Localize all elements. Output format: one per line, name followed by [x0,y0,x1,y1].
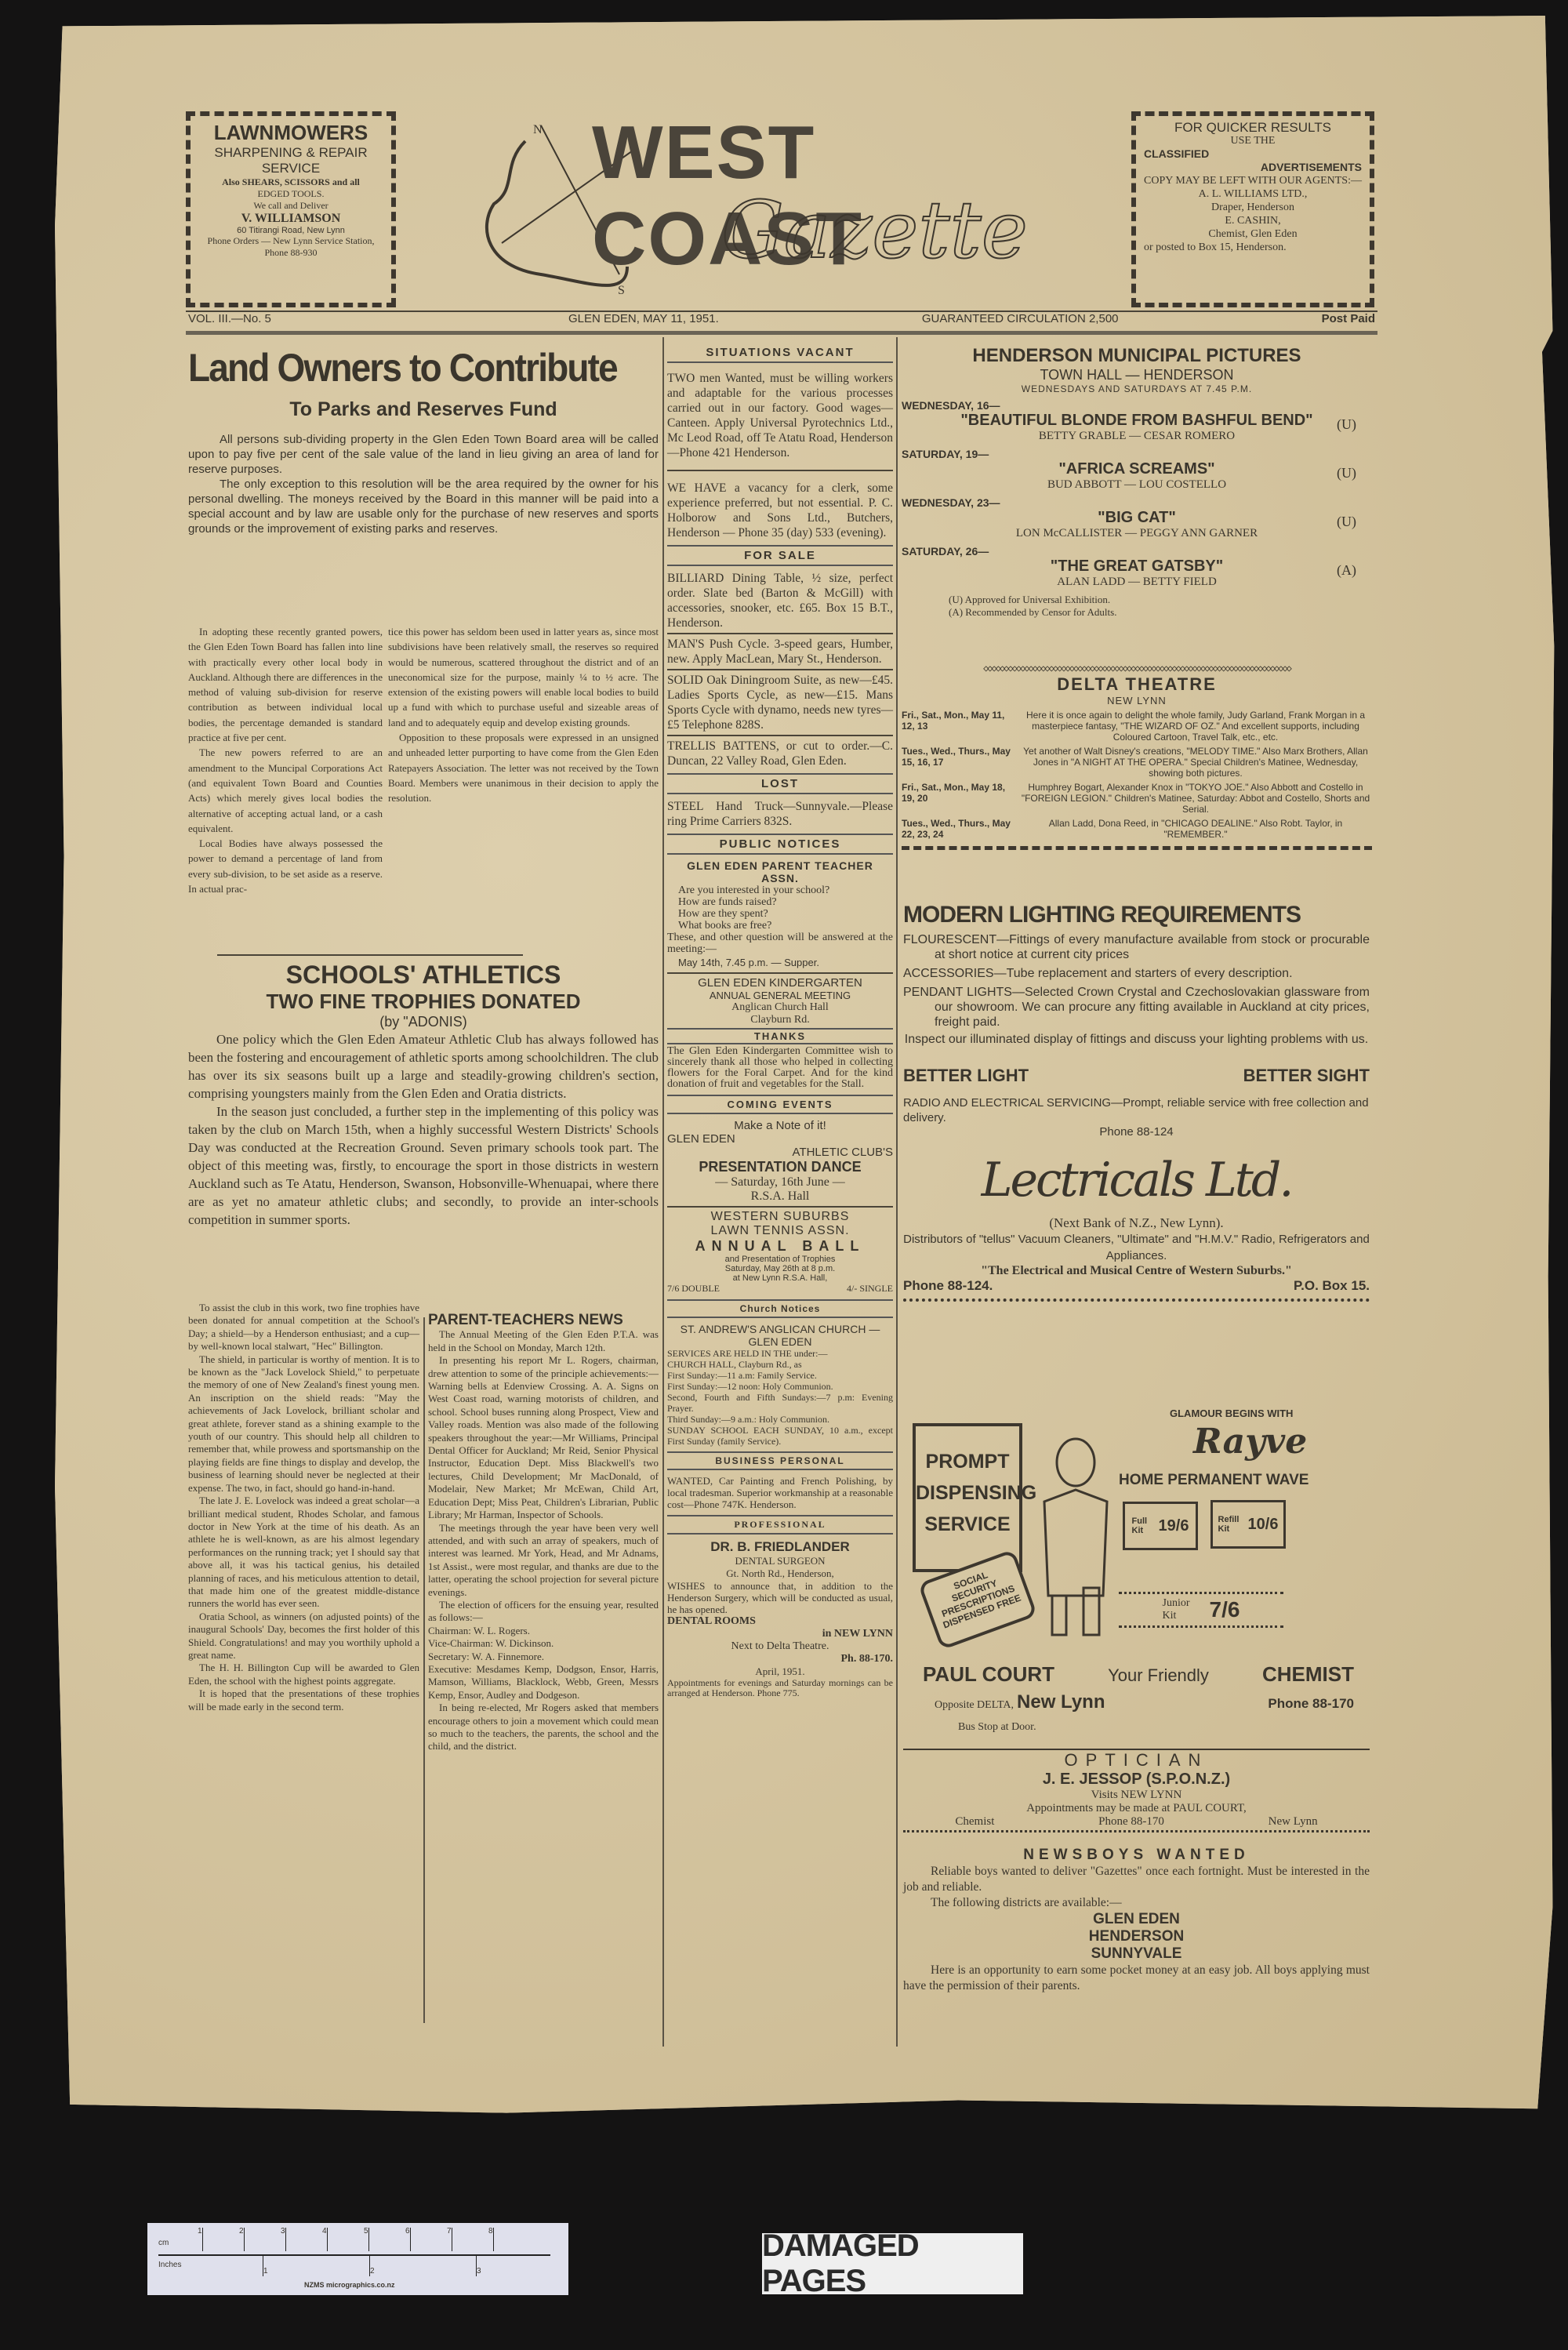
damaged-pages-label: DAMAGED PAGES [762,2233,1023,2294]
column-rule [662,337,664,2047]
classified-ad: TRELLIS BATTENS, or cut to order.—C. Dun… [667,739,893,768]
classified-line: COPY MAY BE LEFT WITH OUR AGENTS:— [1144,174,1362,187]
lectricals-phone: Phone 88-124. [903,1278,993,1294]
full-kit-box: Full Kit 19/6 [1123,1502,1198,1550]
film-list: WEDNESDAY, 16— "BEAUTIFUL BLONDE FROM BA… [902,399,1372,589]
film-day: SATURDAY, 26— [902,545,1372,558]
film-title: "BEAUTIFUL BLONDE FROM BASHFUL BEND" [902,412,1372,430]
classified-ad: BILLIARD Dining Table, ½ size, perfect o… [667,571,893,630]
delta-row: Fri., Sat., Mon., May 18, 19, 20 Humphre… [902,782,1372,815]
film-cast: LON McCALLISTER — PEGGY ANN GARNER [902,527,1372,540]
scale-ruler: cm Inches 12345678 123 NZMS micrographic… [147,2223,568,2295]
optician-name: J. E. JESSOP (S.P.O.N.Z.) [903,1771,1370,1789]
column-rule [423,1317,425,2023]
lawnmowers-line: Also SHEARS, SCISSORS and all [198,176,383,188]
lead-paragraph: The only exception to this resolution wi… [188,477,659,536]
classified-line: USE THE [1144,134,1362,147]
classified-agent: E. CASHIN, [1144,214,1362,227]
classified-ad: WE HAVE a vacancy for a clerk, some expe… [667,481,893,540]
delta-theatre-ad: ◇◇◇◇◇◇◇◇◇◇◇◇◇◇◇◇◇◇◇◇◇◇◇◇◇◇◇◇◇◇◇◇◇◇◇◇◇◇◇◇… [902,663,1372,850]
cm-tick: 4 [322,2228,328,2251]
chemist-name: PAUL COURT [923,1662,1054,1687]
classified-ad: WANTED, Car Painting and French Polishin… [667,1475,893,1510]
event-line: Make a Note of it! [667,1119,893,1132]
electrical-centre: "The Electrical and Musical Centre of We… [903,1264,1370,1278]
athletics-paragraph: The H. H. Billington Cup will be awarded… [188,1662,419,1687]
delta-program: Allan Ladd, Dona Reed, in "CHICAGO DEALI… [1019,818,1372,840]
event-line: R.S.A. Hall [667,1190,893,1204]
ticket-single: 4/- SINGLE [847,1283,893,1295]
lawnmowers-name: V. WILLIAMSON [198,212,383,226]
church-line: First Sunday:—11 a.m: Family Service. [667,1370,893,1381]
lighting-phone: Phone 88-124 [903,1125,1370,1139]
film-day: SATURDAY, 19— [902,448,1372,460]
delta-row: Tues., Wed., Thurs., May 15, 16, 17 Yet … [902,746,1372,779]
athletics-headline: SCHOOLS' ATHLETICS [188,961,659,990]
pta-officer: Vice-Chairman: W. Dickinson. [428,1637,659,1650]
newsboys-p1: Reliable boys wanted to deliver "Gazette… [903,1864,1370,1895]
business-personal-heading: BUSINESS PERSONAL [667,1451,893,1470]
pta-paragraph: The meetings through the year have been … [428,1522,659,1599]
refill-kit-price: 10/6 [1248,1516,1279,1534]
issue-date: GLEN EDEN, MAY 11, 1951. [568,312,719,329]
classified-ad: The Glen Eden Kindergarten Committee wis… [667,1046,893,1090]
dentist-appointments: Appointments for evenings and Saturday m… [667,1678,893,1698]
delta-title: DELTA THEATRE [902,674,1372,695]
cm-tick: 3 [281,2228,286,2251]
cm-tick: 7 [447,2228,452,2251]
prompt-box: PROMPT DISPENSING SERVICE [913,1423,1022,1572]
lead-subhead: To Parks and Reserves Fund [188,398,659,421]
event-line: ATHLETIC CLUB'S [667,1146,893,1159]
notice-line: These, and other question will be answer… [667,932,893,955]
chemist-opposite: Opposite DELTA, New Lynn [935,1691,1105,1713]
newsboys-title: NEWSBOYS WANTED [903,1847,1370,1864]
film-cast: BETTY GRABLE — CESAR ROMERO [902,430,1372,443]
classified-agent-desc: Draper, Henderson [1144,201,1362,214]
ruler-credit: NZMS micrographics.co.nz [304,2281,395,2289]
post-paid: Post Paid [1322,312,1375,329]
next-bank: (Next Bank of N.Z., New Lynn). [903,1215,1370,1231]
ruler-line [158,2254,550,2256]
pta-officer: Executive: Mesdames Kemp, Dodgson, Ensor… [428,1663,659,1702]
delta-program: Humphrey Bogart, Alexander Knox in "TOKY… [1019,782,1372,815]
lead-col-1: In adopting these recently granted power… [188,624,383,896]
classified-agent-desc: Chemist, Glen Eden [1144,227,1362,241]
radio-servicing: RADIO AND ELECTRICAL SERVICING—Prompt, r… [903,1095,1370,1125]
dentist-where: in NEW LYNN [667,1628,893,1640]
lead-paragraph: In adopting these recently granted power… [188,624,383,745]
pta-paragraph: In being re-elected, Mr Rogers asked tha… [428,1702,659,1753]
event-line: GLEN EDEN [667,1132,893,1146]
optician-visits: Visits NEW LYNN [903,1789,1370,1802]
notice-place: Clayburn Rd. [667,1014,893,1026]
cm-tick: 5 [364,2228,369,2251]
athletics-paragraph: To assist the club in this work, two fin… [188,1302,419,1353]
svg-text:S: S [618,284,625,297]
lead-headline: Land Owners to Contribute [188,345,621,390]
film-listing: WEDNESDAY, 23— "BIG CAT" (U) LON McCALLI… [902,496,1372,540]
professional-heading: PROFESSIONAL [667,1515,893,1535]
classified-ad: STEEL Hand Truck—Sunnyvale.—Please ring … [667,799,893,829]
inch-tick: 2 [369,2256,375,2276]
circulation: GUARANTEED CIRCULATION 2,500 [922,312,1119,329]
junior-kit: Junior Kit 7/6 [1119,1592,1283,1628]
athletics-col: To assist the club in this work, two fin… [188,1302,419,1713]
film-rating: (A) [1337,562,1356,579]
thanks-heading: THANKS [667,1028,893,1044]
film-title: "AFRICA SCREAMS" [902,460,1372,478]
pta-officer: Secretary: W. A. Finnemore. [428,1651,659,1663]
optician-chemist: Chemist [955,1815,994,1829]
classifieds-column: SITUATIONS VACANT TWO men Wanted, must b… [667,339,893,1698]
classified-line: ADVERTISEMENTS [1144,161,1362,174]
pta-officer: Chairman: W. L. Rogers. [428,1625,659,1637]
event-line: Saturday, May 26th at 8 p.m. [667,1264,893,1273]
film-cast: BUD ABBOTT — LOU COSTELLO [902,478,1372,492]
refill-kit-box: Refill Kit 10/6 [1210,1500,1286,1549]
classified-line: FOR QUICKER RESULTS [1144,121,1362,134]
athletics-paragraph: Oratia School, as winners (on adjusted p… [188,1611,419,1662]
lighting-title: MODERN LIGHTING REQUIREMENTS [903,902,1370,928]
lectricals-logo: Lectricals Ltd. [903,1153,1370,1208]
lead-paragraph: tice this power has seldom been used in … [388,624,659,730]
full-kit-price: 19/6 [1159,1517,1189,1535]
delta-row: Tues., Wed., Thurs., May 22, 23, 24 Alla… [902,818,1372,840]
lead-paragraph: Local Bodies have always possessed the p… [188,836,383,896]
full-kit-label: Full Kit [1132,1516,1154,1535]
chemist-new-lynn: New Lynn [1017,1691,1105,1713]
prompt-line: SERVICE [916,1509,1019,1540]
notice-line: Are you interested in your school? [667,884,893,896]
pharmacist-illustration-icon [1029,1415,1115,1643]
ticket-double: 7/6 DOUBLE [667,1283,720,1295]
church-line: CHURCH HALL, Clayburn Rd., as [667,1359,893,1370]
church-line: First Sunday:—12 noon: Holy Communion. [667,1381,893,1392]
notice-when: May 14th, 7.45 p.m. — Supper. [667,955,893,970]
lawnmowers-title: LAWNMOWERS [198,121,383,145]
dateline-rule [186,331,1377,335]
ad-lawnmowers: LAWNMOWERS SHARPENING & REPAIR SERVICE A… [186,111,396,307]
classified-line: CLASSIFIED [1144,147,1362,161]
delta-program: Here it is once again to delight the who… [1019,710,1372,743]
pictures-sub: TOWN HALL — HENDERSON [902,367,1372,383]
athletics-paragraph: The shield, in particular is worthy of m… [188,1353,419,1495]
henderson-pictures-ad: HENDERSON MUNICIPAL PICTURES TOWN HALL —… [902,345,1372,619]
film-rating: (U) [1337,416,1356,433]
classified-line: or posted to Box 15, Henderson. [1144,241,1362,254]
optician-title: OPTICIAN [903,1750,1370,1771]
cm-tick: 6 [405,2228,411,2251]
delta-program: Yet another of Walt Disney's creations, … [1019,746,1372,779]
divider [667,735,893,736]
optician-place: New Lynn [1269,1815,1318,1829]
cm-tick: 8 [488,2228,494,2251]
event-line: LAWN TENNIS ASSN. [667,1224,893,1238]
optician-phone: Phone 88-170 [1098,1815,1164,1829]
junior-kit-label: Junior Kit [1163,1597,1202,1622]
delta-dates: Tues., Wed., Thurs., May 15, 16, 17 [902,746,1019,779]
athletics-story: SCHOOLS' ATHLETICS TWO FINE TROPHIES DON… [188,961,659,1229]
delta-row: Fri., Sat., Mon., May 11, 12, 13 Here it… [902,710,1372,743]
svg-text:N: N [533,123,543,136]
church-line: SUNDAY SCHOOL EACH SUNDAY, 10 a.m., exce… [667,1425,893,1447]
chemist-location-row: Opposite DELTA, New Lynn Phone 88-170 [935,1691,1354,1713]
delta-dates: Fri., Sat., Mon., May 11, 12, 13 [902,710,1019,743]
column-rule [896,337,898,2047]
film-listing: SATURDAY, 19— "AFRICA SCREAMS" (U) BUD A… [902,448,1372,492]
coming-events-heading: COMING EVENTS [667,1095,893,1114]
lighting-ad: MODERN LIGHTING REQUIREMENTS FLOURESCENT… [903,902,1370,1302]
notice-line: How are they spent? [667,908,893,920]
prompt-line: PROMPT [916,1446,1019,1477]
dentist-name: DR. B. FRIEDLANDER [667,1539,893,1555]
lighting-item: PENDANT LIGHTS—Selected Crown Crystal an… [903,985,1370,1030]
pta-headline: PARENT-TEACHERS NEWS [428,1314,659,1327]
lead-paragraph: The new powers referred to are an amendm… [188,745,383,836]
cm-tick: 1 [198,2228,203,2251]
divider [667,633,893,634]
athletics-paragraph: The late J. E. Lovelock was indeed a gre… [188,1495,419,1611]
pta-story: PARENT-TEACHERS NEWS The Annual Meeting … [428,1314,659,1753]
masthead-logo: N S WEST COAST Gazette [423,110,1090,298]
lead-col-2: tice this power has seldom been used in … [388,624,659,806]
delta-schedule: Fri., Sat., Mon., May 11, 12, 13 Here it… [902,710,1372,840]
dentist-rooms: DENTAL ROOMS [667,1615,893,1628]
church-title: ST. ANDREW'S ANGLICAN CHURCH — GLEN EDEN [667,1323,893,1348]
better-sight: BETTER SIGHT [1243,1066,1370,1086]
film-day: WEDNESDAY, 16— [902,399,1372,412]
district: SUNNYVALE [903,1945,1370,1963]
dateline: VOL. III.—No. 5 GLEN EDEN, MAY 11, 1951.… [188,312,1375,329]
district: HENDERSON [903,1928,1370,1945]
classified-ad: SOLID Oak Diningroom Suite, as new—£45. … [667,673,893,732]
lawnmowers-line: We call and Deliver [198,200,383,212]
divider [903,1830,1370,1832]
lawnmowers-line: SERVICE [198,161,383,176]
dentist-date: April, 1951. [667,1665,893,1678]
opposite-delta: Opposite DELTA, [935,1699,1014,1711]
pictures-times: WEDNESDAYS AND SATURDAYS AT 7.45 P.M. [902,383,1372,394]
delta-sub: NEW LYNN [902,695,1372,706]
divider [667,470,893,471]
notice-subtitle: ANNUAL GENERAL MEETING [667,990,893,1001]
athletics-paragraph: One policy which the Glen Eden Amateur A… [188,1030,659,1102]
lead-paragraph: All persons sub-dividing property in the… [188,432,659,477]
divider [667,972,893,974]
chemist-label: CHEMIST [1262,1662,1354,1687]
pta-paragraph: The election of officers for the ensuing… [428,1599,659,1625]
inch-tick: 1 [263,2256,268,2276]
film-day: WEDNESDAY, 23— [902,496,1372,509]
lawnmowers-phone: Phone Orders — New Lynn Service Station,… [198,235,383,259]
dentist-text: WISHES to announce that, in addition to … [667,1580,893,1615]
divider [903,1298,1370,1302]
optician-contact: Chemist Phone 88-170 New Lynn [903,1815,1370,1829]
optician-ad: OPTICIAN J. E. JESSOP (S.P.O.N.Z.) Visit… [903,1749,1370,1832]
church-line: Third Sunday:—9 a.m.: Holy Communion. [667,1414,893,1425]
classified-ad: MAN'S Push Cycle. 3-speed gears, Humber,… [667,637,893,666]
legend-a: (A) Recommended by Censor for Adults. [902,606,1372,619]
film-listing: WEDNESDAY, 16— "BEAUTIFUL BLONDE FROM BA… [902,399,1372,443]
film-listing: SATURDAY, 26— "THE GREAT GATSBY" (A) ALA… [902,545,1372,589]
lead-paragraph: Opposition to these proposals were expre… [388,730,659,805]
cm-tick: 2 [239,2228,245,2251]
athletics-byline: (by "ADONIS) [188,1014,659,1030]
event-line: at New Lynn R.S.A. Hall, [667,1273,893,1283]
lead-story: Land Owners to Contribute To Parks and R… [188,345,659,536]
church-notices-heading: Church Notices [667,1299,893,1318]
athletics-paragraph: In the season just concluded, a further … [188,1102,659,1229]
section-rule [217,954,523,956]
diamond-border: ◇◇◇◇◇◇◇◇◇◇◇◇◇◇◇◇◇◇◇◇◇◇◇◇◇◇◇◇◇◇◇◇◇◇◇◇◇◇◇◇… [902,663,1372,674]
church-line: Second, Fourth and Fifth Sundays:—7 p.m:… [667,1392,893,1414]
optician-appointments: Appointments may be made at PAUL COURT, [903,1802,1370,1815]
lawnmowers-address: 60 Titirangi Road, New Lynn [198,226,383,235]
notice-line: How are funds raised? [667,896,893,908]
film-cast: ALAN LADD — BETTY FIELD [902,576,1372,589]
notice-title: GLEN EDEN PARENT TEACHER ASSN. [667,859,893,884]
divider [902,846,1372,850]
athletics-subhead: TWO FINE TROPHIES DONATED [188,990,659,1014]
lawnmowers-line: SHARPENING & REPAIR [198,145,383,161]
lighting-inspect: Inspect our illuminated display of fitti… [903,1033,1370,1047]
district: GLEN EDEN [903,1911,1370,1928]
volume-number: VOL. III.—No. 5 [188,312,271,329]
permanent-wave: HOME PERMANENT WAVE [1119,1472,1308,1489]
lost-heading: LOST [667,773,893,794]
chemist-friendly: Your Friendly [1108,1665,1209,1686]
notice-place: Anglican Church Hall [667,1001,893,1014]
event-line: PRESENTATION DANCE [667,1159,893,1175]
legend-u: (U) Approved for Universal Exhibition. [902,594,1372,606]
film-rating: (U) [1337,514,1356,530]
lectricals-box: P.O. Box 15. [1294,1278,1370,1294]
film-title: "BIG CAT" [902,509,1372,527]
inch-label: Inches [158,2261,181,2269]
notice-title: GLEN EDEN KINDERGARTEN [667,976,893,990]
event-line: ANNUAL BALL [667,1238,893,1255]
lighting-items: FLOURESCENT—Fittings of every manufactur… [903,932,1370,1030]
ticket-prices: 7/6 DOUBLE 4/- SINGLE [667,1283,893,1295]
classified-ad: TWO men Wanted, must be willing workers … [667,371,893,460]
event-line: WESTERN SUBURBS [667,1210,893,1224]
chemist-phone: Phone 88-170 [1268,1696,1354,1712]
film-rating: (U) [1337,465,1356,481]
chemist-ad: GLAMOUR BEGINS WITH PROMPT DISPENSING SE… [903,1407,1370,1745]
refill-kit-label: Refill Kit [1218,1515,1243,1534]
event-line: — Saturday, 16th June — [667,1175,893,1190]
pta-paragraph: In presenting his report Mr L. Rogers, c… [428,1354,659,1521]
event-line: and Presentation of Trophies [667,1255,893,1264]
for-sale-heading: FOR SALE [667,545,893,566]
lighting-item: ACCESSORIES—Tube replacement and starter… [903,966,1370,981]
rayve-logo: Rayve [1193,1422,1307,1462]
notice-line: What books are free? [667,920,893,932]
masthead-script: Gazette [721,184,1028,276]
newsboys-ad: NEWSBOYS WANTED Reliable boys wanted to … [903,1847,1370,1994]
better-light: BETTER LIGHT [903,1066,1029,1086]
junior-kit-price: 7/6 [1210,1597,1240,1622]
dentist-next: Next to Delta Theatre. [667,1640,893,1653]
delta-dates: Fri., Sat., Mon., May 18, 19, 20 [902,782,1019,815]
situations-vacant-heading: SITUATIONS VACANT [667,343,893,363]
newsboys-p3: Here is an opportunity to earn some pock… [903,1963,1370,1994]
dentist-address: Gt. North Rd., Henderson, [667,1567,893,1580]
pta-paragraph: The Annual Meeting of the Glen Eden P.T.… [428,1328,659,1354]
inch-tick: 3 [476,2256,481,2276]
ad-classified: FOR QUICKER RESULTS USE THE CLASSIFIED A… [1131,111,1374,307]
bus-stop: Bus Stop at Door. [958,1721,1036,1734]
film-title: "THE GREAT GATSBY" [902,558,1372,576]
lawnmowers-line: EDGED TOOLS. [198,188,383,200]
glamour-tagline: GLAMOUR BEGINS WITH [1170,1407,1293,1419]
lectricals-contact: Phone 88-124. P.O. Box 15. [903,1278,1370,1294]
cm-label: cm [158,2239,169,2247]
athletics-paragraph: It is hoped that the presentations of th… [188,1687,419,1713]
dentist-title: DENTAL SURGEON [667,1555,893,1567]
pictures-title: HENDERSON MUNICIPAL PICTURES [902,345,1372,367]
paul-court-row: PAUL COURT Your Friendly CHEMIST [923,1662,1354,1687]
classified-agent: A. L. WILLIAMS LTD., [1144,187,1362,201]
delta-dates: Tues., Wed., Thurs., May 22, 23, 24 [902,818,1019,840]
lighting-item: FLOURESCENT—Fittings of every manufactur… [903,932,1370,962]
divider [667,1206,893,1208]
better-row: BETTER LIGHT BETTER SIGHT [903,1066,1370,1086]
church-line: SERVICES ARE HELD IN THE under:— [667,1348,893,1359]
newsboys-p2: The following districts are available:— [903,1895,1370,1911]
divider [667,669,893,670]
distributors: Distributors of "tellus" Vacuum Cleaners… [903,1231,1370,1264]
public-notices-heading: PUBLIC NOTICES [667,834,893,855]
prompt-line: DISPENSING [916,1477,1019,1509]
dentist-phone: Ph. 88-170. [667,1653,893,1665]
